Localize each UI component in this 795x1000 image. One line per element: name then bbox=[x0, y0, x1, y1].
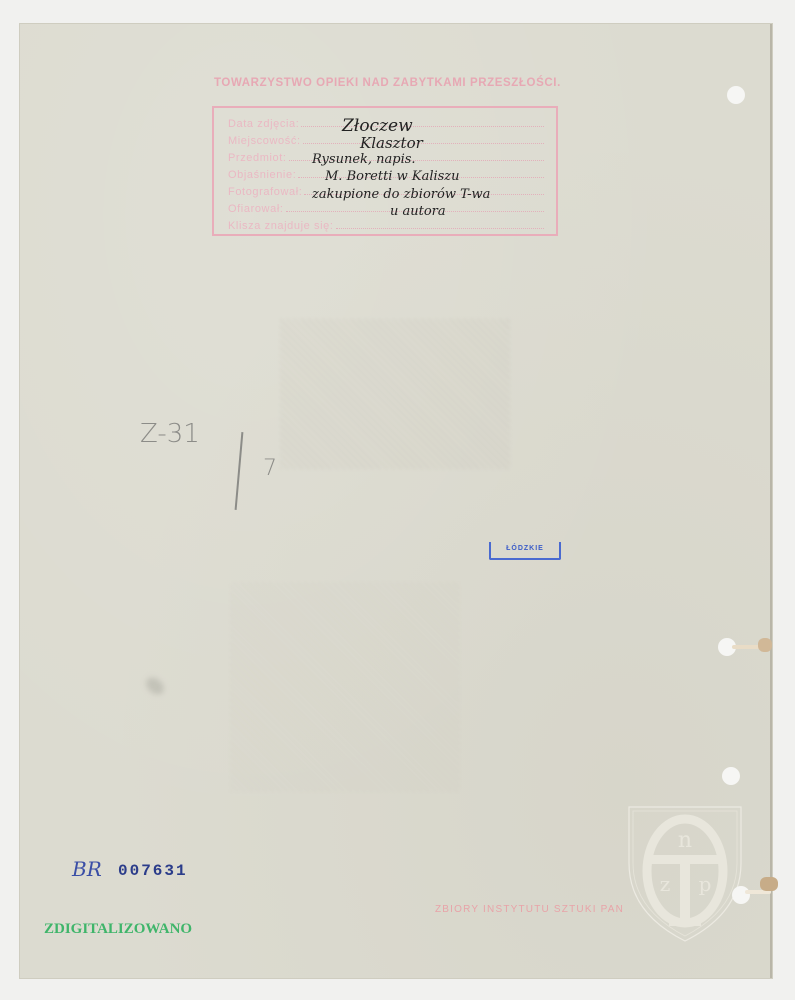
handwritten-photographer: M. Boretti w Kaliszu bbox=[325, 169, 460, 184]
ghost-image-upper bbox=[280, 319, 510, 469]
card-edge bbox=[770, 24, 772, 978]
svg-text:p: p bbox=[699, 872, 712, 896]
stamp-label: Objaśnienie: bbox=[228, 169, 296, 181]
handwritten-description: Rysunek, napis. bbox=[312, 152, 416, 167]
smudge bbox=[143, 674, 167, 698]
handwritten-subject: Klasztor bbox=[360, 134, 423, 152]
digitized-label: ZDIGITALIZOWANO bbox=[44, 921, 192, 938]
pencil-note-right: 7 bbox=[263, 456, 277, 481]
pencil-note-left: Z-31 bbox=[140, 419, 200, 449]
dotted-line bbox=[303, 142, 544, 144]
binding-knot bbox=[758, 638, 772, 652]
stamp-label: Miejscowość: bbox=[228, 135, 301, 147]
punch-hole bbox=[727, 86, 745, 104]
handwritten-donor: zakupione do zbiorów T-wa bbox=[312, 187, 490, 202]
binding-knot bbox=[760, 877, 778, 891]
inventory-number: 007631 bbox=[118, 862, 188, 880]
dotted-line bbox=[301, 125, 544, 127]
pencil-divider bbox=[235, 432, 244, 510]
blue-stamp: ŁÓDZKIE bbox=[489, 542, 561, 560]
stamp-label: Data zdjęcia: bbox=[228, 118, 299, 130]
collection-stamp: ZBIORY INSTYTUTU SZTUKI PAN bbox=[435, 904, 624, 915]
punch-hole bbox=[732, 886, 750, 904]
punch-hole bbox=[722, 767, 740, 785]
stamp-title: TOWARZYSTWO OPIEKI NAD ZABYTKAMI PRZESZŁ… bbox=[214, 77, 574, 89]
stamp-label: Ofiarował: bbox=[228, 203, 284, 215]
handwritten-negative: u autora bbox=[390, 204, 446, 219]
ghost-image-lower bbox=[230, 582, 460, 792]
inventory-prefix: BR bbox=[72, 857, 102, 881]
ntzp-emblem-icon: n z p bbox=[625, 803, 745, 945]
mount-card: TOWARZYSTWO OPIEKI NAD ZABYTKAMI PRZESZŁ… bbox=[20, 24, 772, 978]
dotted-line bbox=[336, 227, 544, 229]
stamp-label: Klisza znajduje się: bbox=[228, 220, 334, 232]
handwritten-place: Złoczew bbox=[342, 116, 413, 136]
stamp-label: Przedmiot: bbox=[228, 152, 287, 164]
svg-text:n: n bbox=[678, 828, 692, 853]
stamp-row-negative: Klisza znajduje się: bbox=[228, 216, 548, 232]
stamp-label: Fotografował: bbox=[228, 186, 302, 198]
svg-text:z: z bbox=[660, 872, 671, 896]
